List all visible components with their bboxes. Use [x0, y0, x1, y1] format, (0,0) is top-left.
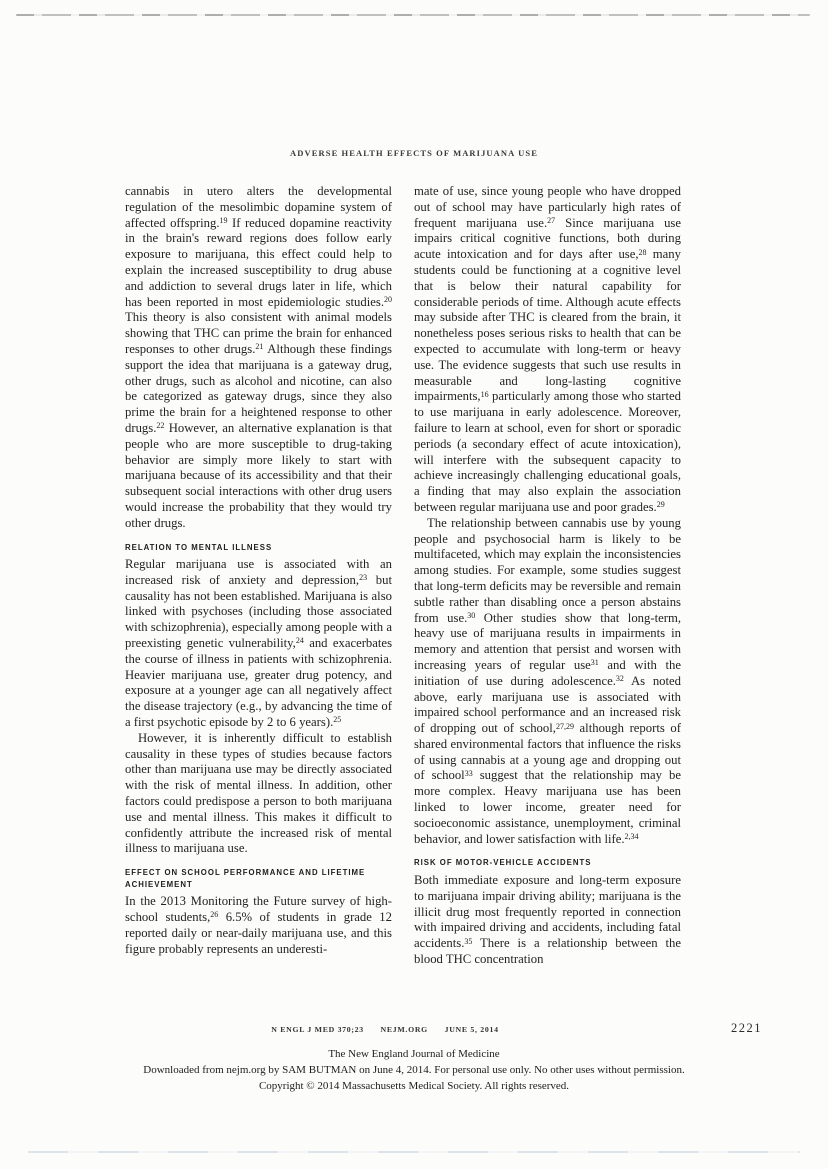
provenance-block: The New England Journal of Medicine Down…	[0, 1046, 828, 1094]
section-heading: RISK OF MOTOR-VEHICLE ACCIDENTS	[414, 857, 681, 869]
reference-superscript: 32	[616, 674, 624, 683]
reference-superscript: 33	[465, 769, 473, 778]
footer-journal-ref: N ENGL J MED 370;23	[271, 1025, 364, 1034]
reference-superscript: 28	[639, 248, 647, 257]
reference-superscript: 29	[657, 500, 665, 509]
provenance-journal-title: The New England Journal of Medicine	[0, 1046, 828, 1062]
reference-superscript: 23	[359, 573, 367, 582]
body-paragraph: cannabis in utero alters the development…	[125, 184, 392, 532]
section-heading: RELATION TO MENTAL ILLNESS	[125, 542, 392, 554]
section-heading: EFFECT ON SCHOOL PERFORMANCE AND LIFETIM…	[125, 867, 392, 890]
footer-date: JUNE 5, 2014	[445, 1025, 499, 1034]
running-head: ADVERSE HEALTH EFFECTS OF MARIJUANA USE	[0, 148, 828, 158]
reference-superscript: 22	[156, 421, 164, 430]
reference-superscript: 24	[296, 636, 304, 645]
footer-site: NEJM.ORG	[381, 1025, 428, 1034]
reference-superscript: 30	[467, 611, 475, 620]
reference-superscript: 35	[464, 937, 472, 946]
reference-superscript: 27	[547, 216, 555, 225]
column-left: cannabis in utero alters the development…	[125, 184, 392, 957]
reference-superscript: 21	[255, 342, 263, 351]
body-paragraph: mate of use, since young people who have…	[414, 184, 681, 516]
provenance-copyright: Copyright © 2014 Massachusetts Medical S…	[0, 1078, 828, 1094]
column-right: mate of use, since young people who have…	[414, 184, 681, 968]
reference-superscript: 25	[333, 715, 341, 724]
reference-superscript: 2,34	[625, 832, 639, 841]
provenance-download-notice: Downloaded from nejm.org by SAM BUTMAN o…	[0, 1062, 828, 1078]
scan-artifact-bottom-line	[28, 1151, 800, 1153]
reference-superscript: 19	[220, 216, 228, 225]
reference-superscript: 26	[210, 910, 218, 919]
reference-superscript: 31	[591, 658, 599, 667]
page-number: 2221	[700, 1021, 762, 1036]
body-paragraph: However, it is inherently difficult to e…	[125, 731, 392, 857]
footer-citation: N ENGL J MED 370;23 NEJM.ORG JUNE 5, 201…	[125, 1025, 645, 1034]
journal-page: ADVERSE HEALTH EFFECTS OF MARIJUANA USE …	[0, 0, 828, 1169]
body-paragraph: In the 2013 Monitoring the Future survey…	[125, 894, 392, 957]
reference-superscript: 16	[481, 390, 489, 399]
body-paragraph: Both immediate exposure and long-term ex…	[414, 873, 681, 968]
body-paragraph: Regular marijuana use is associated with…	[125, 557, 392, 731]
scan-artifact-top-line	[16, 14, 810, 16]
body-paragraph: The relationship between cannabis use by…	[414, 516, 681, 848]
reference-superscript: 27,29	[556, 722, 574, 731]
reference-superscript: 20	[384, 295, 392, 304]
